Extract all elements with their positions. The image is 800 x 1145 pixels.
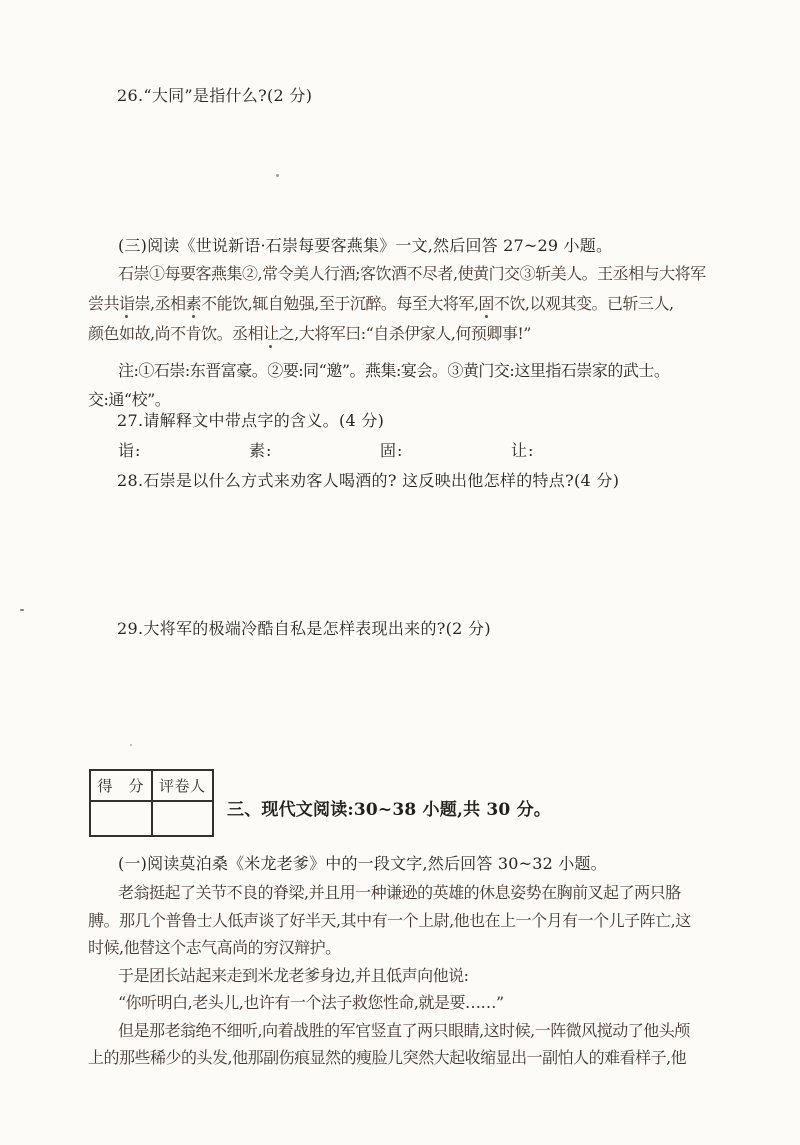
grader-value-cell [152, 801, 214, 836]
classical-passage: 石崇①每要客燕集②,常令美人行酒;客饮酒不尽者,使黄门交③斩美人。王丞相与大将军… [88, 259, 728, 349]
question-27: 27.请解释文中带点字的含义。(4 分) [117, 408, 384, 431]
modern-passage-line: 膊。那几个普鲁士人低声谈了好半天,其中有一个上尉,他也在上一个月有一个儿子阵亡,… [88, 907, 728, 935]
modern-passage-line: 老翁挺起了关节不良的脊梁,并且用一种谦逊的英雄的休息姿势在胸前叉起了两只胳 [88, 879, 728, 907]
scan-speck [130, 744, 132, 746]
footnotes: 注:①石崇:东晋富豪。②要:同“邀”。燕集:宴会。③黄门交:这里指石崇家的武士。… [88, 356, 728, 414]
footnote-line: 注:①石崇:东晋富豪。②要:同“邀”。燕集:宴会。③黄门交:这里指石崇家的武士。 [88, 356, 728, 385]
blank-yi: 诣: [118, 438, 249, 461]
classical-passage-line: 尝共诣崇,丞相素不能饮,辄自勉强,至于沉醉。每至大将军,固不饮,以观其变。已斩三… [88, 289, 728, 319]
score-table: 得 分 评卷人 [89, 769, 214, 837]
answer-blanks-row: 诣:素:固:让: [118, 438, 534, 461]
modern-passage-line: 上的那些稀少的头发,他那副伤痕显然的瘦脸儿突然大起收缩显出一副怕人的难看样子,他 [88, 1044, 728, 1072]
modern-passage-line: “你听明白,老头儿,也许有一个法子救您性命,就是要……” [88, 989, 728, 1017]
section-a-intro: (一)阅读莫泊桑《米龙老爹》中的一段文字,然后回答 30~32 小题。 [118, 851, 607, 874]
modern-passage-line: 时候,他替这个志气高尚的穷汉辩护。 [88, 934, 728, 962]
modern-passage: 老翁挺起了关节不良的脊梁,并且用一种谦逊的英雄的休息姿势在胸前叉起了两只胳 膊。… [88, 879, 728, 1072]
question-28: 28.石崇是以什么方式来劝客人喝酒的? 这反映出他怎样的特点?(4 分) [117, 468, 619, 491]
grader-label-cell: 评卷人 [152, 770, 214, 801]
section-three-heading: 三、现代文阅读:30~38 小题,共 30 分。 [227, 795, 551, 820]
question-29: 29.大将军的极端冷酷自私是怎样表现出来的?(2 分) [117, 616, 491, 639]
scanned-exam-page: 26.“大同”是指什么?(2 分) (三)阅读《世说新语·石崇每要客燕集》一文,… [0, 0, 800, 1145]
scan-speck [276, 174, 279, 177]
blank-su: 素: [249, 438, 380, 461]
blank-rang: 让: [511, 438, 534, 461]
scan-speck [20, 609, 24, 611]
score-value-cell [90, 801, 152, 836]
blank-gu: 固: [380, 438, 511, 461]
classical-passage-line: 石崇①每要客燕集②,常令美人行酒;客饮酒不尽者,使黄门交③斩美人。王丞相与大将军 [88, 259, 728, 289]
score-label-cell: 得 分 [90, 770, 152, 801]
modern-passage-line: 于是团长站起来走到米龙老爹身边,并且低声向他说: [88, 962, 728, 990]
section-c-intro: (三)阅读《世说新语·石崇每要客燕集》一文,然后回答 27~29 小题。 [118, 233, 612, 256]
modern-passage-line: 但是那老翁绝不细听,向着战胜的军官竖直了两只眼睛,这时候,一阵微风搅动了他头颅 [88, 1017, 728, 1045]
classical-passage-line: 颜色如故,尚不肯饮。丞相让之,大将军曰:“自杀伊家人,何预卿事!” [88, 319, 728, 349]
question-26: 26.“大同”是指什么?(2 分) [117, 83, 312, 106]
